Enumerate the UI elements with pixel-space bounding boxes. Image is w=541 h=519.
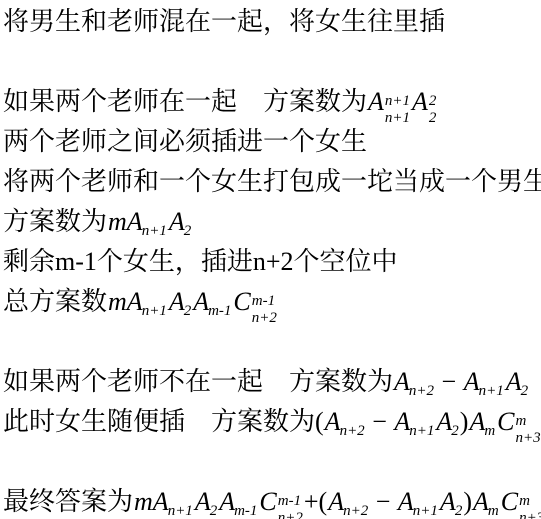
math-sup-sub-stack: m-1n+2	[252, 293, 277, 327]
math-superscript: 2	[429, 93, 437, 110]
text-run: 此时女生随便插 方案数为(	[3, 407, 324, 436]
text-run: 将两个老师和一个女生打包成一坨当成一个男生	[3, 167, 541, 196]
math-superscript: m	[519, 493, 541, 510]
math-variable: A	[393, 367, 410, 396]
text-run: 如果两个老师不在一起 方案数为	[3, 367, 393, 396]
line-scheme-count-1: 方案数为mAn+1A2	[3, 202, 541, 242]
math-variable: C	[258, 487, 276, 516]
document-body: 将男生和老师混在一起，将女生往里插如果两个老师在一起 方案数为An+1n+1A2…	[0, 0, 541, 519]
math-variable: A	[393, 407, 410, 436]
math-superscript: m-1	[252, 293, 277, 310]
text-run: 两个老师之间必须插进一个女生	[3, 127, 367, 156]
math-variable: A	[439, 487, 456, 516]
math-variable: A	[194, 487, 211, 516]
math-sup-sub-stack: mn+3	[516, 413, 541, 447]
line-bundle: 将两个老师和一个女生打包成一坨当成一个男生	[3, 162, 541, 202]
math-variable: A	[168, 207, 185, 236]
blank-line	[3, 322, 541, 362]
math-subscript: m-1	[208, 303, 231, 319]
math-variable: A	[168, 287, 185, 316]
text-run: +(	[304, 487, 327, 516]
text-run: −	[366, 407, 394, 436]
text-run: 方案数为	[3, 207, 107, 236]
math-variable: A	[218, 487, 235, 516]
math-variable: C	[496, 407, 514, 436]
math-subscript: 2	[451, 423, 459, 439]
math-subscript: 2	[210, 503, 218, 519]
math-superscript: m-1	[278, 493, 303, 510]
math-subscript: n+1	[142, 303, 167, 319]
blank-line	[3, 442, 541, 482]
text-run: )	[463, 487, 472, 516]
line-case-together: 如果两个老师在一起 方案数为An+1n+1A22	[3, 82, 541, 122]
text-run: −	[369, 487, 397, 516]
math-subscript: 2	[184, 223, 192, 239]
math-subscript: m	[484, 423, 495, 439]
line-remaining-girls: 剩余m-1个女生，插进n+2个空位中	[3, 242, 541, 282]
math-subscript: n+3	[516, 430, 541, 447]
math-superscript: n+1	[385, 93, 410, 110]
text-run: 总方案数	[3, 287, 107, 316]
line-intro: 将男生和老师混在一起，将女生往里插	[3, 2, 541, 42]
math-subscript: n+2	[409, 383, 434, 399]
line-must-insert-girl: 两个老师之间必须插进一个女生	[3, 122, 541, 162]
line-final-answer: 最终答案为mAn+1A2Am-1Cm-1n+2+(An+2 − An+1A2)A…	[3, 482, 541, 519]
math-variable: mA	[107, 287, 143, 316]
math-variable: mA	[107, 207, 143, 236]
page: { "page": { "background": "#ffffff", "te…	[0, 0, 541, 519]
math-sup-sub-stack: m-1n+2	[278, 493, 303, 519]
math-variable: A	[463, 367, 480, 396]
math-variable: A	[411, 87, 428, 116]
math-variable: A	[435, 407, 452, 436]
math-subscript: n+1	[413, 503, 438, 519]
math-subscript: n+1	[409, 423, 434, 439]
math-variable: A	[397, 487, 414, 516]
math-sup-sub-stack: n+1n+1	[385, 93, 410, 127]
line-case-apart: 如果两个老师不在一起 方案数为An+2 − An+1A2	[3, 362, 541, 402]
math-superscript: m	[516, 413, 541, 430]
math-subscript: n+2	[278, 510, 303, 519]
math-variable: A	[505, 367, 522, 396]
math-variable: A	[324, 407, 341, 436]
math-subscript: n+3	[519, 510, 541, 519]
text-run: −	[435, 367, 463, 396]
blank-line	[3, 42, 541, 82]
math-subscript: m-1	[234, 503, 257, 519]
math-subscript: m	[488, 503, 499, 519]
math-subscript: n+2	[343, 503, 368, 519]
math-variable: A	[192, 287, 209, 316]
math-variable: A	[327, 487, 344, 516]
math-variable: mA	[133, 487, 169, 516]
math-variable: C	[500, 487, 518, 516]
text-run: 剩余m-1个女生，插进n+2个空位中	[3, 247, 398, 276]
line-girls-anywhere: 此时女生随便插 方案数为(An+2 − An+1A2)AmCmn+3	[3, 402, 541, 442]
math-variable: A	[367, 87, 384, 116]
math-variable: A	[472, 487, 489, 516]
math-variable: A	[468, 407, 485, 436]
math-subscript: n+1	[142, 223, 167, 239]
math-subscript: 2	[521, 383, 529, 399]
math-subscript: 2	[184, 303, 192, 319]
text-run: 将男生和老师混在一起，将女生往里插	[3, 7, 445, 36]
math-variable: C	[232, 287, 250, 316]
math-subscript: n+1	[168, 503, 193, 519]
math-sup-sub-stack: 22	[429, 93, 437, 127]
math-sup-sub-stack: mn+3	[519, 493, 541, 519]
line-total-scheme-1: 总方案数mAn+1A2Am-1Cm-1n+2	[3, 282, 541, 322]
math-subscript: 2	[429, 110, 437, 127]
math-subscript: n+2	[340, 423, 365, 439]
text-run: 最终答案为	[3, 487, 133, 516]
math-subscript: n+2	[252, 310, 277, 327]
math-subscript: n+1	[385, 110, 410, 127]
math-subscript: 2	[455, 503, 463, 519]
text-run: 如果两个老师在一起 方案数为	[3, 87, 367, 116]
math-subscript: n+1	[479, 383, 504, 399]
